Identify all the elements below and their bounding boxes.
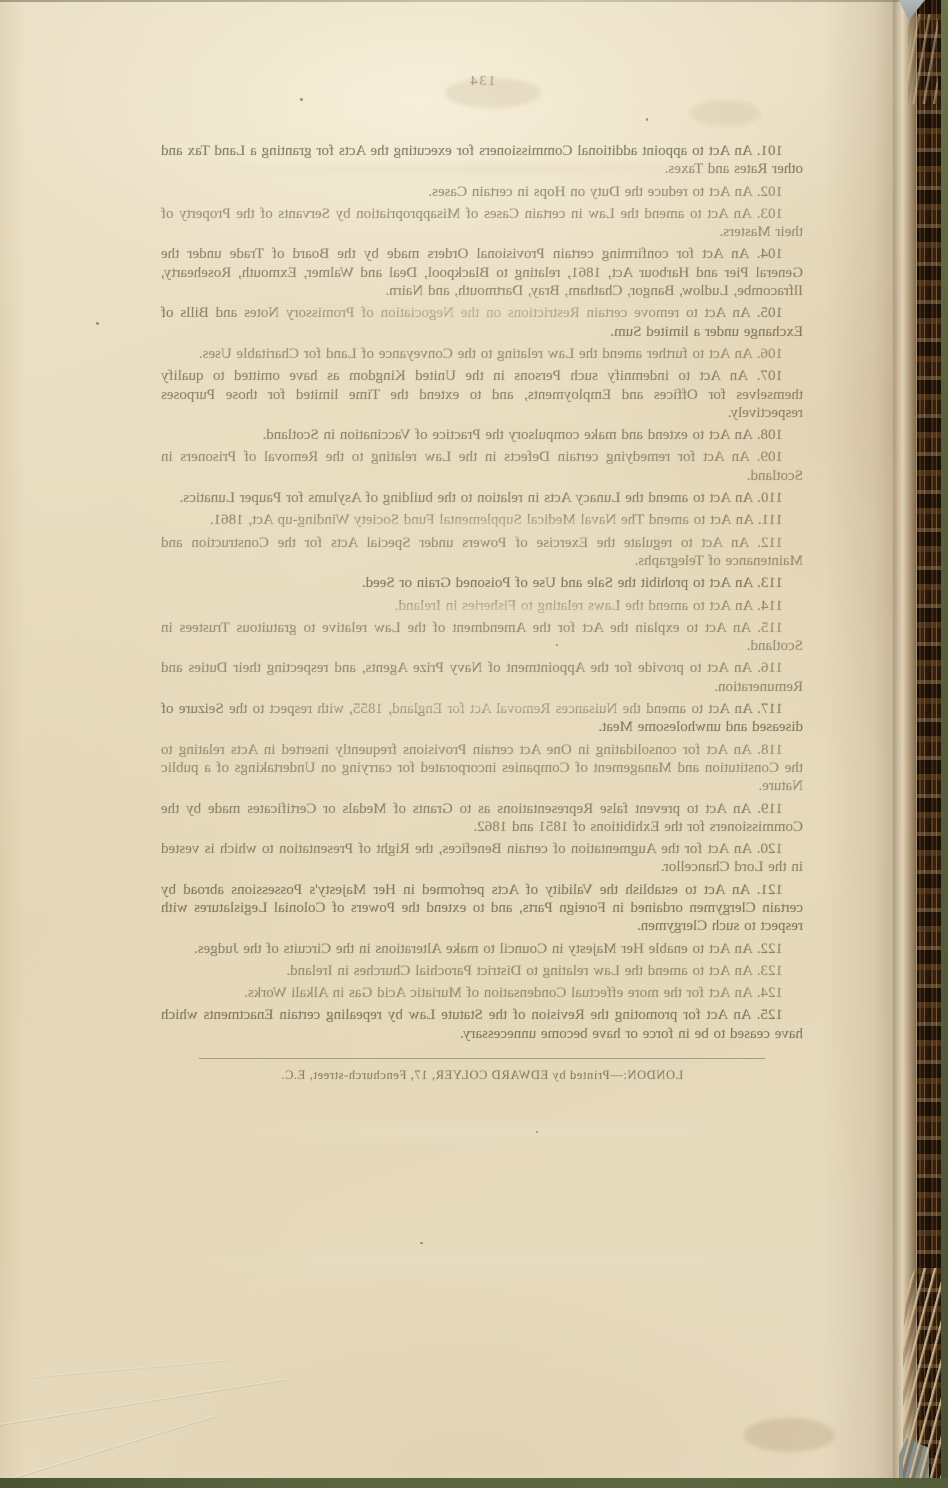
act-entry: 102. An Act to reduce the Duty on Hops i… xyxy=(161,183,803,201)
act-entry: 118. An Act for consolidating in One Act… xyxy=(161,741,803,796)
act-entry: 121. An Act to establish the Validity of… xyxy=(161,881,803,936)
act-entry: 106. An Act to further amend the Law rel… xyxy=(161,345,803,363)
act-entry: 115. An Act to explain the Act for the A… xyxy=(161,619,803,656)
printer-imprint: LONDON:—Printed by EDWARD COLYER, 17, Fe… xyxy=(161,1068,803,1083)
act-entry: 122. An Act to enable Her Majesty in Cou… xyxy=(161,940,803,958)
page-curl-edge xyxy=(893,0,918,1478)
act-entry: 112. An Act to regulate the Exercise of … xyxy=(161,534,803,571)
binding-thread-frays-bottom xyxy=(903,1268,941,1478)
act-entry: 123. An Act to amend the Law relating to… xyxy=(161,962,803,980)
foxing-speck xyxy=(300,98,303,101)
act-entry: 108. An Act to extend and make compulsor… xyxy=(161,426,803,444)
act-entry: 114. An Act to amend the Laws relating t… xyxy=(161,597,803,615)
foxing-speck xyxy=(646,118,648,121)
acts-list: 101. An Act to appoint additional Commis… xyxy=(161,142,803,1043)
act-entry: 124. An Act for the more effectual Conde… xyxy=(161,984,803,1002)
act-entry: 111. An Act to amend The Naval Medical S… xyxy=(161,511,803,529)
act-entry: 107. An Act to indemnify such Persons in… xyxy=(161,367,803,422)
act-entry: 105. An Act to remove certain Restrictio… xyxy=(161,304,803,341)
act-entry: 120. An Act for the Augmentation of cert… xyxy=(161,840,803,877)
act-entry: 103. An Act to amend the Law in certain … xyxy=(161,205,803,242)
scan-background-bottom xyxy=(0,1478,948,1488)
act-entry: 104. An Act for confirming certain Provi… xyxy=(161,245,803,300)
act-entry: 110. An Act to amend the Lunacy Acts in … xyxy=(161,489,803,507)
bleed-through-text-layer: 134 101. An Act to appoint additional Co… xyxy=(161,74,803,1083)
scan-background-right xyxy=(941,0,948,1488)
act-entry: 109. An Act for remedying certain Defect… xyxy=(161,448,803,485)
act-entry: 113. An Act to prohibit the Sale and Use… xyxy=(161,574,803,592)
paper-stain xyxy=(744,1418,834,1452)
page-top-edge xyxy=(0,0,941,2)
binding-thread-frays-top xyxy=(908,14,938,104)
act-entry: 117. An Act to amend the Nuisances Remov… xyxy=(161,700,803,737)
imprint-divider-rule xyxy=(199,1058,765,1059)
foxing-speck xyxy=(536,1131,538,1133)
foxing-speck xyxy=(420,1242,423,1244)
act-entry: 119. An Act to prevent false Representat… xyxy=(161,800,803,837)
binding-crack xyxy=(917,0,941,1478)
foxing-speck xyxy=(96,322,99,325)
paper-stain xyxy=(445,78,540,108)
paper-stain xyxy=(690,100,760,126)
act-entry: 116. An Act to provide for the Appointme… xyxy=(161,659,803,696)
scanned-book-page: 134 101. An Act to appoint additional Co… xyxy=(0,0,948,1488)
act-entry: 125. An Act for promoting the Revision o… xyxy=(161,1006,803,1043)
act-entry: 101. An Act to appoint additional Commis… xyxy=(161,142,803,179)
foxing-speck xyxy=(556,644,558,646)
paper-left-sheen xyxy=(0,0,26,1488)
